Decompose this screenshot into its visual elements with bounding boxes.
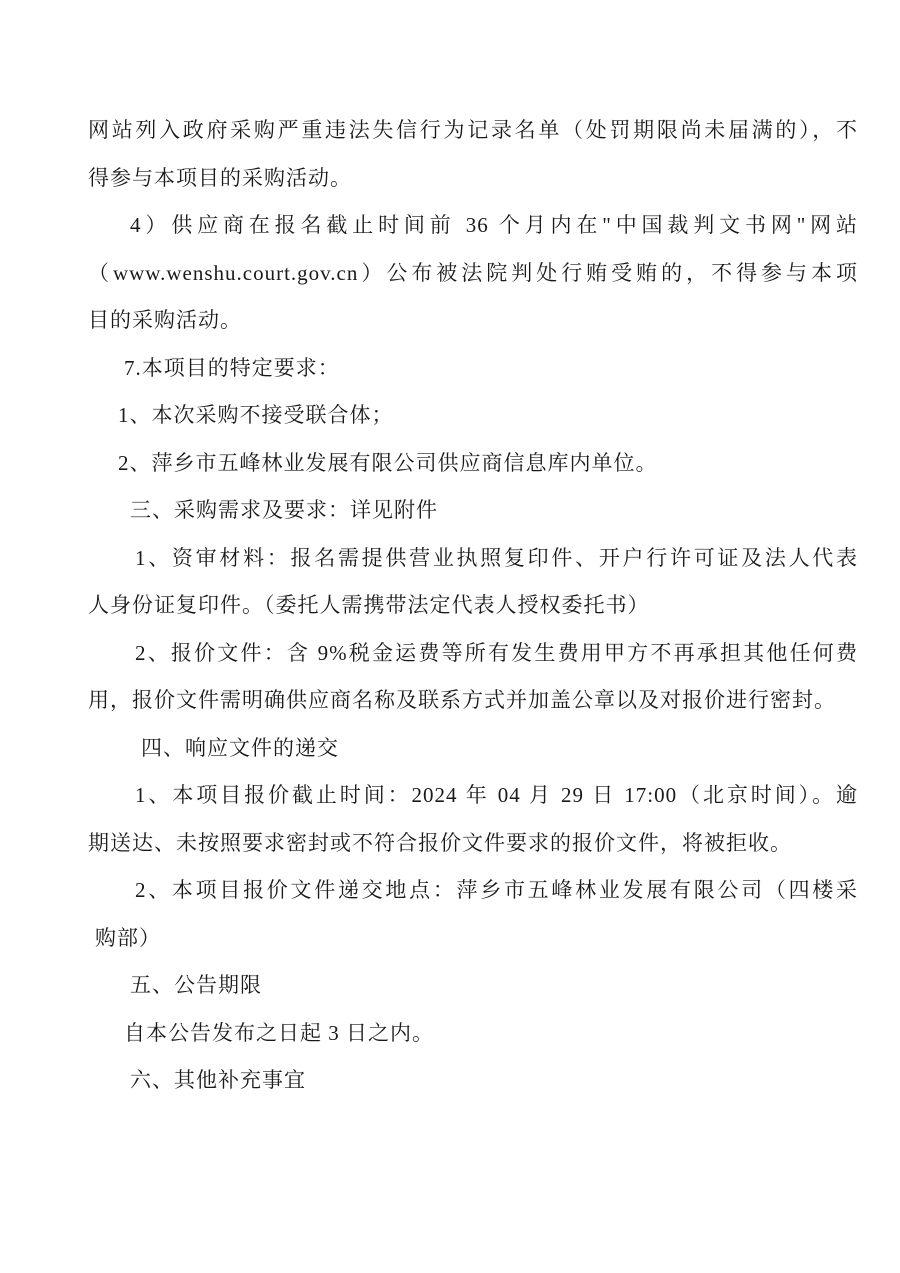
text-line: 2、本项目报价文件递交地点：萍乡市五峰林业发展有限公司（四楼采 [88,867,858,915]
text-line: 4）供应商在报名截止时间前 36 个月内在"中国裁判文书网"网站 [88,202,858,250]
text-line: 2、报价文件：含 9%税金运费等所有发生费用甲方不再承担其他任何费 [88,630,858,678]
text-line: 购部） [88,915,858,963]
text-line: 网站列入政府采购严重违法失信行为记录名单（处罚期限尚未届满的），不 [88,107,858,155]
text-line: 六、其他补充事宜 [88,1057,858,1105]
text-line: 四、响应文件的递交 [88,725,858,773]
document-page: 网站列入政府采购严重违法失信行为记录名单（处罚期限尚未届满的），不 得参与本项目… [88,107,858,1105]
text-line: 三、采购需求及要求：详见附件 [88,487,858,535]
text-line: 1、本项目报价截止时间：2024 年 04 月 29 日 17:00（北京时间）… [88,772,858,820]
text-line: 五、公告期限 [88,962,858,1010]
text-line: 7.本项目的特定要求： [88,345,858,393]
text-line: （www.wenshu.court.gov.cn）公布被法院判处行贿受贿的，不得… [88,250,858,298]
text-line: 期送达、未按照要求密封或不符合报价文件要求的报价文件，将被拒收。 [88,820,858,868]
text-line: 目的采购活动。 [88,297,858,345]
text-line: 得参与本项目的采购活动。 [88,155,858,203]
text-line: 1、本次采购不接受联合体； [88,392,858,440]
text-line: 自本公告发布之日起 3 日之内。 [88,1010,858,1058]
text-line: 2、萍乡市五峰林业发展有限公司供应商信息库内单位。 [88,440,858,488]
text-line: 1、资审材料：报名需提供营业执照复印件、开户行许可证及法人代表 [88,535,858,583]
text-line: 人身份证复印件。（委托人需携带法定代表人授权委托书） [88,582,858,630]
text-line: 用，报价文件需明确供应商名称及联系方式并加盖公章以及对报价进行密封。 [88,677,858,725]
